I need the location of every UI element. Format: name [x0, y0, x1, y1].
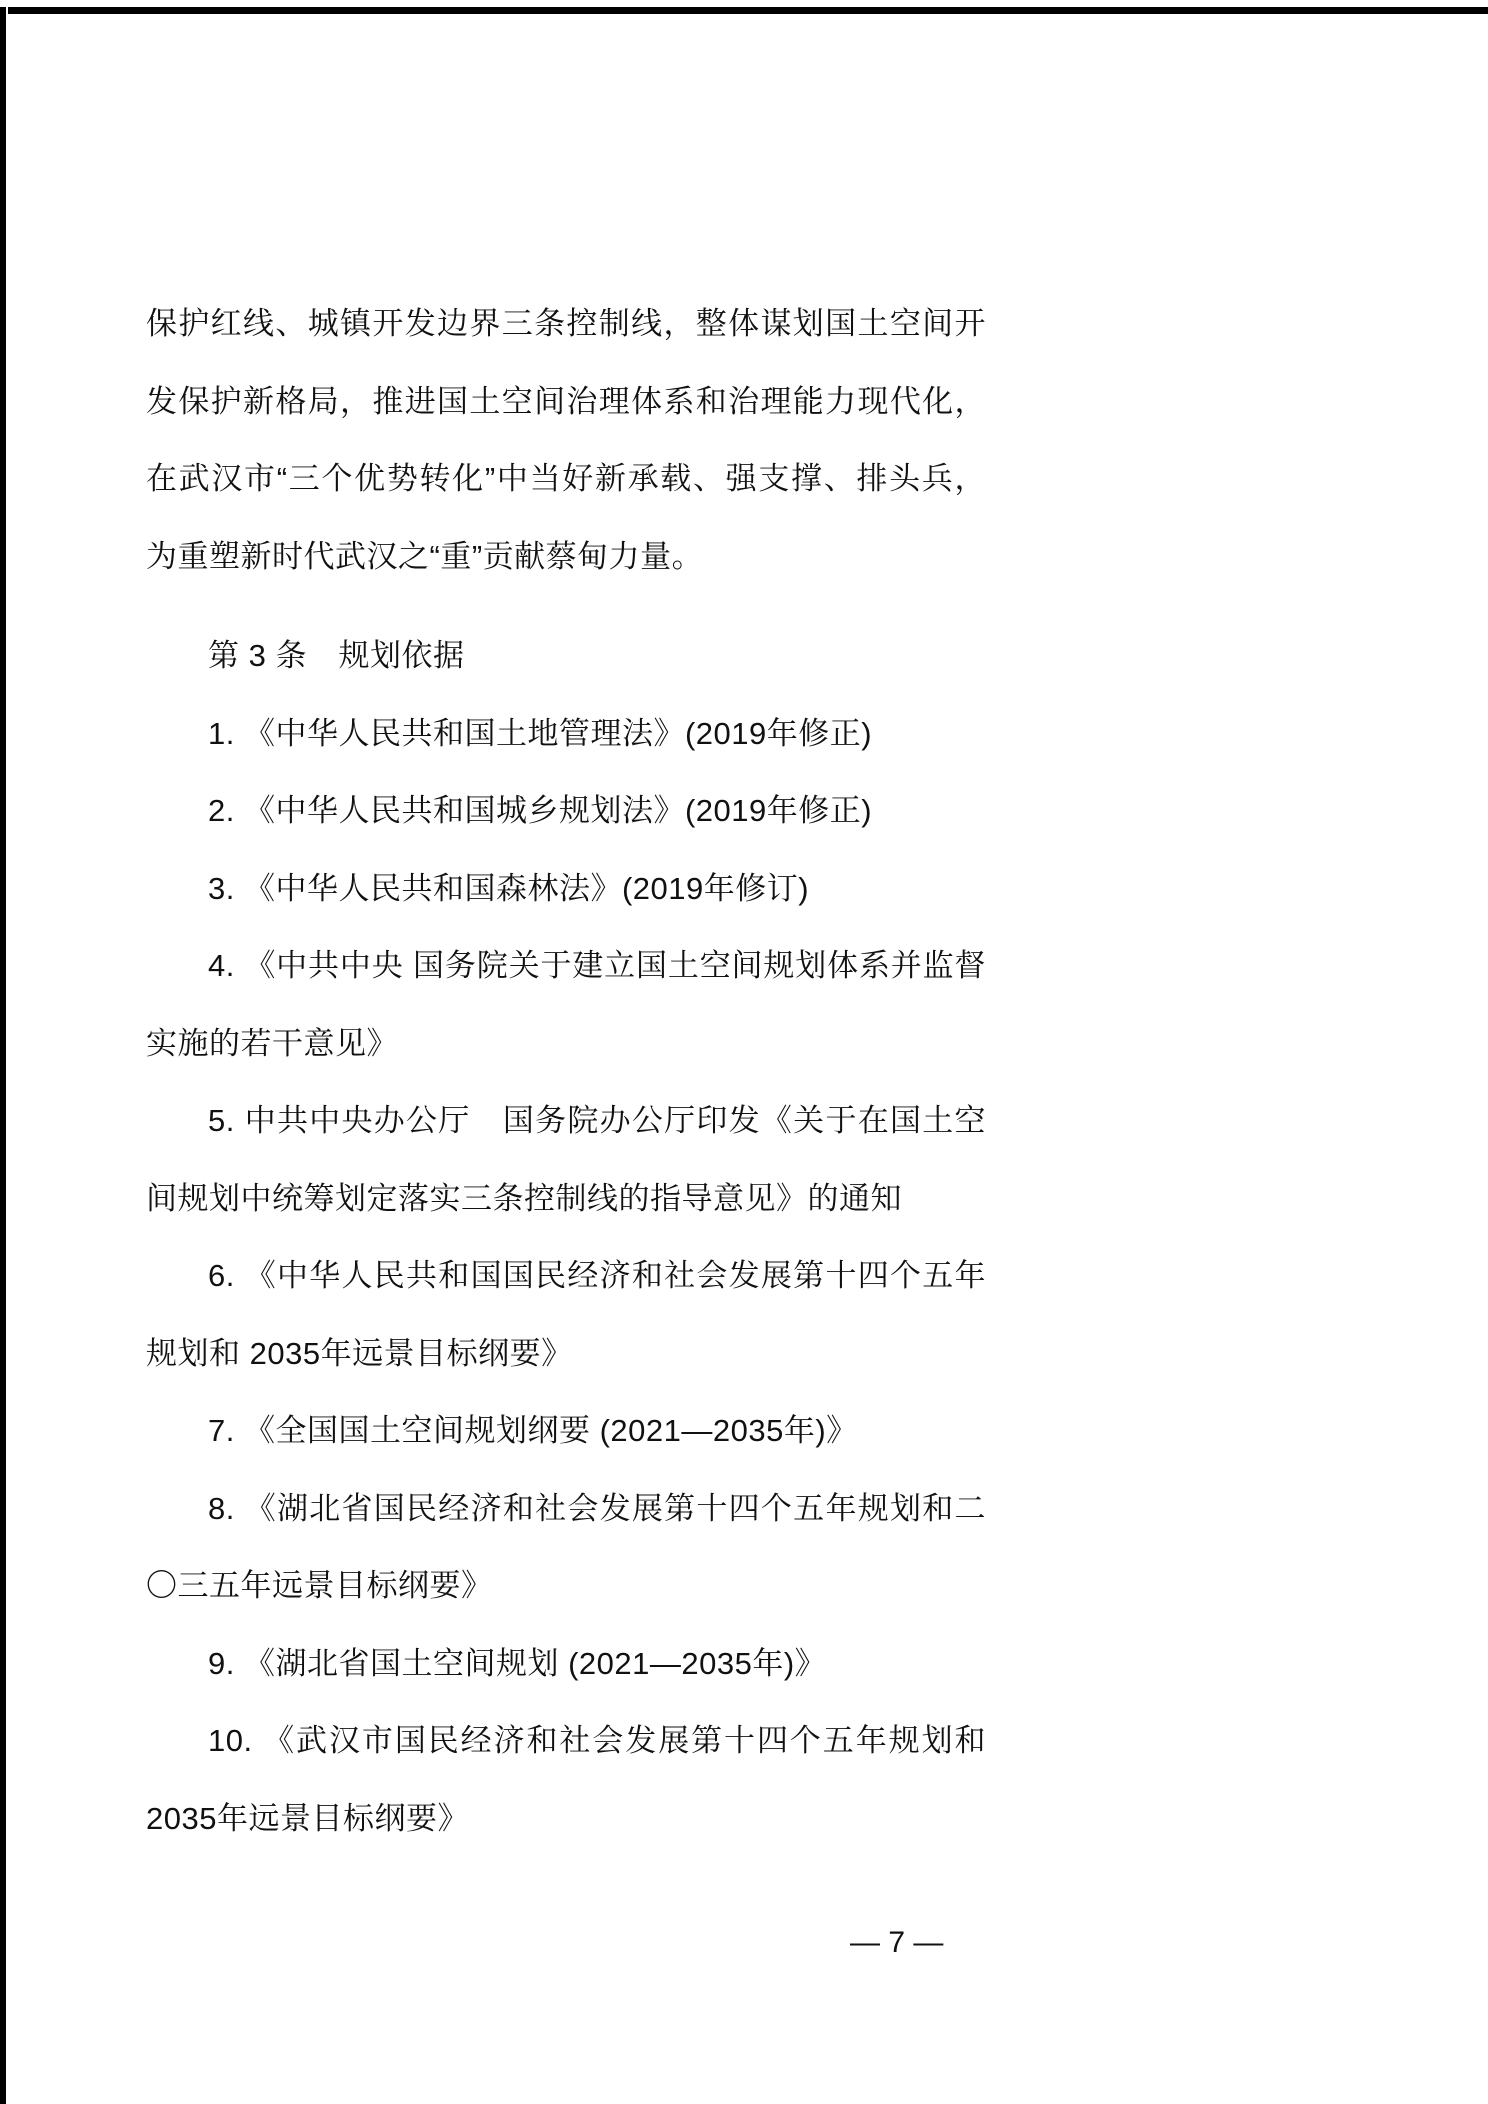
list-item-8: 8. 《湖北省国民经济和社会发展第十四个五年规划和二〇三五年远景目标纲要》 — [146, 1470, 986, 1625]
document-body: 保护红线、城镇开发边界三条控制线，整体谋划国土空间开发保护新格局，推进国土空间治… — [146, 285, 986, 1857]
list-item-7: 7. 《全国国土空间规划纲要 (2021—2035年)》 — [146, 1392, 986, 1470]
list-item-3: 3. 《中华人民共和国森林法》(2019年修订) — [146, 850, 986, 928]
list-item-5: 5. 中共中央办公厅 国务院办公厅印发《关于在国土空间规划中统筹划定落实三条控制… — [146, 1082, 986, 1237]
page-number: — 7 — — [850, 1923, 943, 1963]
list-item-2: 2. 《中华人民共和国城乡规划法》(2019年修正) — [146, 772, 986, 850]
list-item-10: 10. 《武汉市国民经济和社会发展第十四个五年规划和 2035年远景目标纲要》 — [146, 1702, 986, 1857]
list-item-6: 6. 《中华人民共和国国民经济和社会发展第十四个五年规划和 2035年远景目标纲… — [146, 1237, 986, 1392]
scan-border-top — [8, 7, 1488, 14]
section-heading: 第 3 条 规划依据 — [146, 617, 986, 695]
intro-paragraph: 保护红线、城镇开发边界三条控制线，整体谋划国土空间开发保护新格局，推进国土空间治… — [146, 285, 986, 595]
scan-border-left — [0, 7, 6, 2104]
list-item-9: 9. 《湖北省国土空间规划 (2021—2035年)》 — [146, 1625, 986, 1703]
list-item-4: 4. 《中共中央 国务院关于建立国土空间规划体系并监督实施的若干意见》 — [146, 927, 986, 1082]
document-page: 保护红线、城镇开发边界三条控制线，整体谋划国土空间开发保护新格局，推进国土空间治… — [0, 0, 1488, 2104]
list-item-1: 1. 《中华人民共和国土地管理法》(2019年修正) — [146, 695, 986, 773]
